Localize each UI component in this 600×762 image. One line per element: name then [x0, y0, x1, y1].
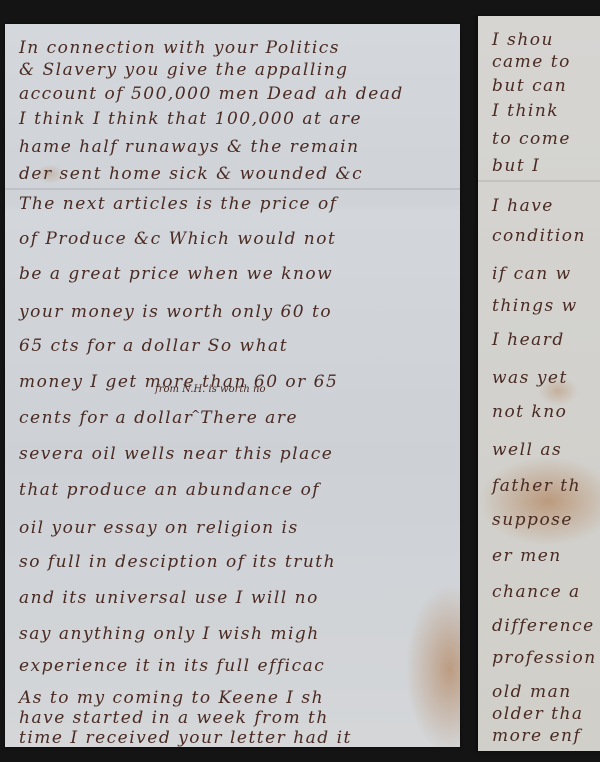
- letter-line: of Produce &c Which would not: [19, 229, 336, 249]
- letter-line: was yet: [492, 368, 568, 388]
- letter-line: I shou: [492, 30, 554, 50]
- insertion-caret: ^: [191, 408, 200, 421]
- letter-line: well as: [492, 440, 562, 460]
- letter-line: that produce an abundance of: [19, 480, 320, 500]
- letter-line: I heard: [492, 330, 565, 350]
- letter-line: so full in desciption of its truth: [19, 552, 336, 572]
- letter-line: difference: [492, 616, 595, 636]
- letter-line: to come: [492, 129, 571, 149]
- letter-line: older tha: [492, 704, 584, 724]
- letter-line: be a great price when we know: [19, 264, 333, 284]
- letter-line: hame half runaways & the remain: [19, 137, 360, 157]
- letter-line: I think I think that 100,000 at are: [19, 109, 362, 129]
- left-letter-page: In connection with your Politics & Slave…: [5, 24, 460, 747]
- letter-line: In connection with your Politics: [19, 38, 340, 58]
- interlinear-insertion: from N.H. is worth no: [155, 384, 266, 395]
- letter-line: but I: [492, 156, 540, 176]
- letter-line: & Slavery you give the appalling: [19, 60, 349, 80]
- letter-line: account of 500,000 men Dead ah dead: [19, 84, 404, 104]
- letter-line: As to my coming to Keene I sh: [19, 688, 324, 708]
- letter-line: profession: [492, 648, 597, 668]
- fold-crease: [478, 180, 600, 182]
- letter-line: cents for a dollar There are: [19, 408, 298, 428]
- water-stain: [405, 584, 460, 747]
- letter-line: time I received your letter had it: [19, 728, 352, 747]
- letter-line: not kno: [492, 402, 567, 422]
- right-letter-page: I shou came to but can I think to come b…: [478, 16, 600, 751]
- letter-line: oil your essay on religion is: [19, 518, 299, 538]
- letter-line: severa oil wells near this place: [19, 444, 333, 464]
- letter-line: things w: [492, 296, 578, 316]
- letter-line: experience it in its full efficac: [19, 656, 325, 676]
- letter-line: er men: [492, 546, 562, 566]
- letter-line: I think: [492, 101, 559, 121]
- fold-crease: [5, 188, 460, 190]
- letter-line: say anything only I wish migh: [19, 624, 320, 644]
- letter-line: suppose: [492, 510, 573, 530]
- water-stain: [478, 456, 600, 546]
- letter-line: der sent home sick & wounded &c: [19, 164, 363, 184]
- letter-line: condition: [492, 226, 586, 246]
- letter-line: old man: [492, 682, 572, 702]
- letter-line: have started in a week from th: [19, 708, 329, 728]
- letter-line: if can w: [492, 264, 572, 284]
- letter-line: I have: [492, 196, 554, 216]
- letter-line: your money is worth only 60 to: [19, 302, 332, 322]
- letter-line: chance a: [492, 582, 581, 602]
- letter-line: but can: [492, 76, 567, 96]
- letter-line: and its universal use I will no: [19, 588, 319, 608]
- letter-line: The next articles is the price of: [19, 194, 338, 214]
- letter-line: father th: [492, 476, 581, 496]
- letter-line: 65 cts for a dollar So what: [19, 336, 288, 356]
- letter-line: came to: [492, 52, 571, 72]
- letter-line: more enf: [492, 726, 581, 746]
